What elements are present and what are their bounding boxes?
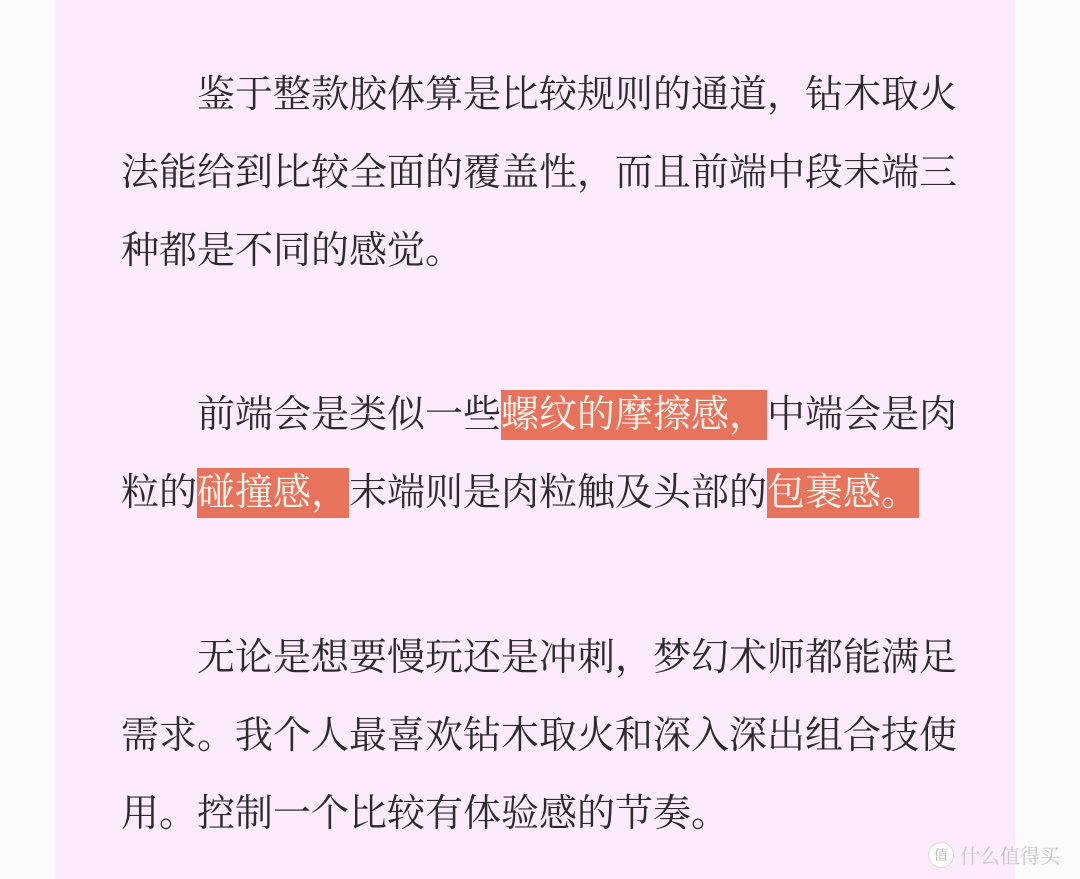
paragraph-3-text: 无论是想要慢玩还是冲刺，梦幻术师都能满足需求。我个人最喜欢钻木取火和深入深出组合… [121, 635, 957, 835]
watermark: 值 什么值得买 [928, 840, 1060, 869]
watermark-text: 什么值得买 [960, 840, 1060, 869]
highlight-collision: 碰撞感， [197, 468, 349, 518]
paragraph-2-text-a: 前端会是类似一些 [197, 392, 501, 436]
paragraph-2-text-c: 末端则是肉粒触及头部的 [349, 470, 767, 514]
paragraph-2: 前端会是类似一些螺纹的摩擦感，中端会是肉粒的碰撞感，末端则是肉粒触及头部的包裹感… [121, 375, 961, 531]
smzdm-logo-icon: 值 [928, 842, 954, 868]
highlight-wrap: 包裹感。 [767, 468, 919, 518]
highlight-thread-friction: 螺纹的摩擦感， [501, 390, 767, 440]
paragraph-1-text: 鉴于整款胶体算是比较规则的通道，钻木取火法能给到比较全面的覆盖性，而且前端中段末… [121, 72, 957, 272]
paragraph-3: 无论是想要慢玩还是冲刺，梦幻术师都能满足需求。我个人最喜欢钻木取火和深入深出组合… [121, 618, 961, 852]
paragraph-1: 鉴于整款胶体算是比较规则的通道，钻木取火法能给到比较全面的覆盖性，而且前端中段末… [121, 55, 961, 289]
